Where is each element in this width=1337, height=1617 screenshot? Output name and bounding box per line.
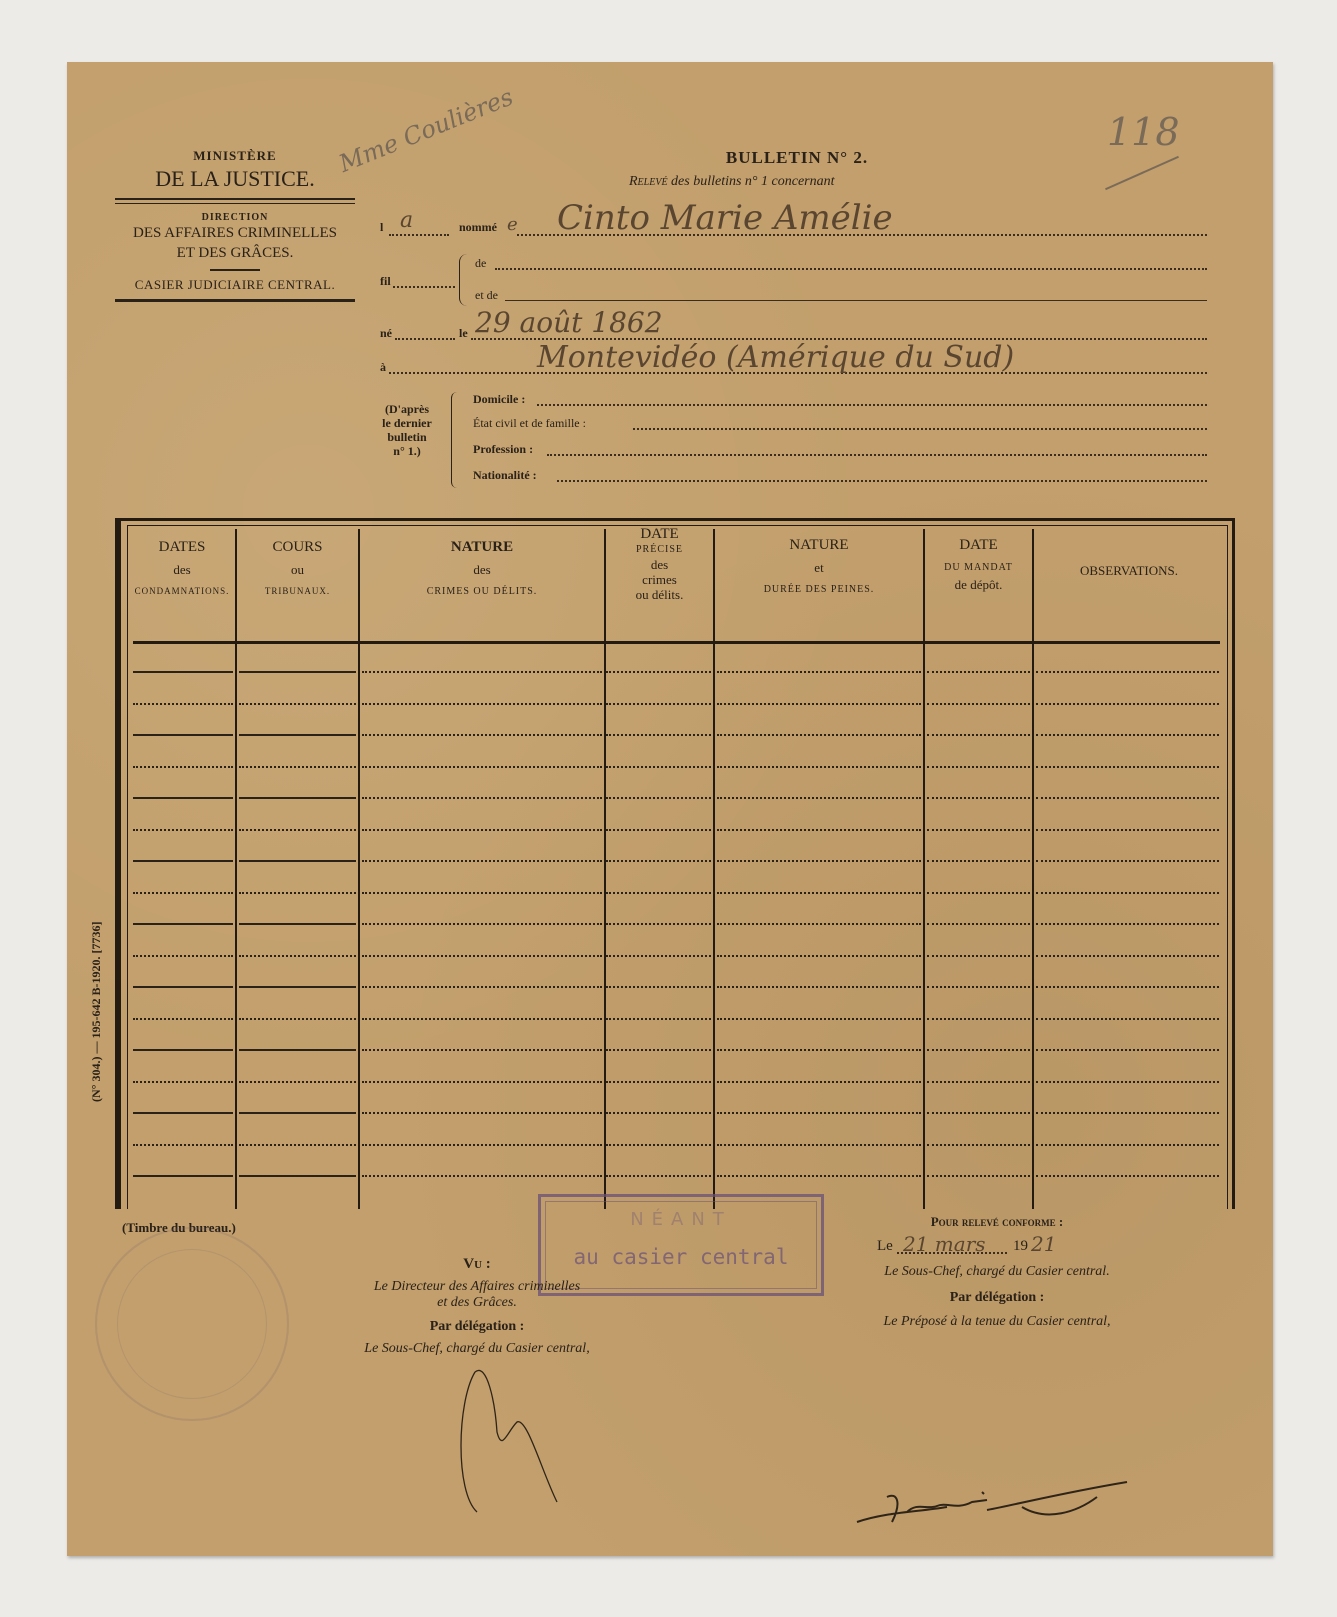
- table-row-line: [606, 1144, 711, 1146]
- table-row-line: [1036, 986, 1219, 988]
- name-value[interactable]: Cinto Marie Amélie: [557, 198, 893, 238]
- table-row-line: [606, 1081, 711, 1083]
- table-row-line: [362, 766, 602, 768]
- table-row-line: [717, 1112, 921, 1114]
- table-row-line: [362, 703, 602, 705]
- col-header-warrant-date: DATE DU MANDAT de dépôt.: [925, 537, 1032, 593]
- table-row-line: [362, 923, 602, 925]
- table-row-line: [362, 1144, 602, 1146]
- delegation-right: Par délégation :: [837, 1290, 1157, 1306]
- col-divider: [923, 529, 925, 1209]
- col-divider: [713, 529, 715, 1209]
- header-rule: [133, 641, 1220, 644]
- vu-label: Vu :: [317, 1256, 637, 1273]
- col-header-courts: COURS ou TRIBUNAUX.: [237, 539, 358, 596]
- table-row-line: [717, 1175, 921, 1177]
- table-row-line: [362, 892, 602, 894]
- table-row-line: [927, 671, 1030, 673]
- table-row-line: [239, 1112, 356, 1114]
- col-divider: [1032, 529, 1034, 1209]
- table-row-line: [239, 703, 356, 705]
- father-label: de: [475, 256, 486, 271]
- table-row-line: [239, 955, 356, 957]
- table-row-line: [133, 1049, 233, 1051]
- stamp-line1: NÉANT: [541, 1209, 821, 1230]
- table-row-line: [362, 1018, 602, 1020]
- table-row-line: [606, 734, 711, 736]
- table-row-line: [133, 1144, 233, 1146]
- table-row-line: [362, 734, 602, 736]
- table-row-line: [1036, 1081, 1219, 1083]
- table-row-line: [717, 860, 921, 862]
- table-row-line: [927, 829, 1030, 831]
- subchief-left: Le Sous-Chef, chargé du Casier central,: [317, 1341, 637, 1357]
- table-row-line: [606, 1049, 711, 1051]
- header-divider: [115, 198, 355, 204]
- date-day-month[interactable]: 21 mars: [903, 1232, 986, 1256]
- col-header-dates: DATES des CONDAMNATIONS.: [129, 539, 235, 596]
- table-row-line: [1036, 797, 1219, 799]
- table-row-line: [927, 1112, 1030, 1114]
- clerk-right: Le Préposé à la tenue du Casier central,: [837, 1314, 1157, 1330]
- table-row-line: [133, 703, 233, 705]
- table-row-line: [606, 955, 711, 957]
- nationality-label: Nationalité :: [473, 468, 537, 483]
- hdr-l4: crimes: [606, 572, 713, 587]
- table-row-line: [1036, 766, 1219, 768]
- table-row-line: [133, 1018, 233, 1020]
- service-name: CASIER JUDICIAIRE CENTRAL.: [115, 277, 355, 293]
- profession-line[interactable]: [547, 454, 1207, 456]
- last-bulletin-note: (D'après le dernier bulletin n° 1.): [375, 402, 439, 458]
- civil-status-label: État civil et de famille :: [473, 416, 586, 431]
- born-on-label: le: [459, 326, 468, 341]
- table-row-line: [717, 892, 921, 894]
- table-row-line: [362, 829, 602, 831]
- table-row-line: [927, 1081, 1030, 1083]
- pencil-annotation: Mme Coulières: [335, 83, 517, 178]
- table-row-line: [362, 1112, 602, 1114]
- table-row-line: [239, 734, 356, 736]
- hdr-l3: TRIBUNAUX.: [237, 586, 358, 596]
- table-row-line: [1036, 1175, 1219, 1177]
- document-sheet: Mme Coulières 118 MINISTÈRE DE LA JUSTIC…: [67, 62, 1273, 1556]
- col-divider: [235, 529, 237, 1209]
- table-row-line: [133, 671, 233, 673]
- article-line: [389, 234, 449, 236]
- table-row-line: [133, 1081, 233, 1083]
- table-row-line: [606, 986, 711, 988]
- article-prefix: l: [380, 220, 383, 235]
- father-line[interactable]: [495, 268, 1207, 270]
- table-row-line: [1036, 1018, 1219, 1020]
- table-row-line: [606, 1018, 711, 1020]
- table-row-line: [717, 1081, 921, 1083]
- hdr-l2: PRÉCISE: [606, 542, 713, 557]
- table-row-line: [717, 1049, 921, 1051]
- office-round-stamp: [95, 1227, 289, 1421]
- hdr-l3: de dépôt.: [925, 577, 1032, 593]
- table-row-line: [717, 955, 921, 957]
- table-row-line: [717, 1018, 921, 1020]
- domicile-label: Domicile :: [473, 392, 525, 407]
- table-row-line: [1036, 734, 1219, 736]
- table-row-line: [1036, 1144, 1219, 1146]
- hdr-l1: DATES: [129, 539, 235, 556]
- table-row-line: [717, 734, 921, 736]
- direction-line2: ET DES GRÂCES.: [115, 243, 355, 263]
- table-row-line: [239, 1049, 356, 1051]
- hdr-l1: DATE: [925, 537, 1032, 554]
- table-row-line: [133, 923, 233, 925]
- born-label: né: [380, 326, 392, 341]
- mother-label: et de: [475, 288, 498, 303]
- table-row-line: [717, 703, 921, 705]
- hdr-l2: des: [129, 562, 235, 578]
- mother-line[interactable]: [505, 300, 1207, 301]
- stamp-inner-ring: [117, 1249, 267, 1399]
- direction-label: DIRECTION: [115, 212, 355, 223]
- hdr-l3: CRIMES OU DÉLITS.: [360, 586, 604, 597]
- table-row-line: [927, 1018, 1030, 1020]
- table-inner-frame: [127, 525, 1228, 1209]
- table-row-line: [1036, 829, 1219, 831]
- vu-block: Vu : Le Directeur des Affaires criminell…: [317, 1256, 637, 1357]
- col-divider: [358, 529, 360, 1209]
- hdr-l1: NATURE: [360, 539, 604, 556]
- col-header-precise-date: DATE PRÉCISE des crimes ou délits.: [606, 527, 713, 602]
- subtitle-rest: des bulletins n° 1 concernant: [668, 174, 835, 189]
- certification-block: Pour relevé conforme : Le 21 mars 19 21 …: [837, 1214, 1157, 1330]
- table-row-line: [927, 986, 1030, 988]
- table-row-line: [362, 1081, 602, 1083]
- table-row-line: [717, 923, 921, 925]
- table-row-line: [239, 1175, 356, 1177]
- table-row-line: [133, 986, 233, 988]
- born-place-value[interactable]: Montevidéo (Amérique du Sud): [537, 340, 1014, 375]
- table-row-line: [927, 1175, 1030, 1177]
- table-row-line: [1036, 860, 1219, 862]
- table-row-line: [606, 923, 711, 925]
- table-row-line: [239, 797, 356, 799]
- table-row-line: [1036, 892, 1219, 894]
- table-row-line: [927, 923, 1030, 925]
- table-row-line: [606, 829, 711, 831]
- table-row-line: [362, 955, 602, 957]
- note-line3: bulletin: [375, 430, 439, 444]
- table-row-line: [606, 671, 711, 673]
- table-row-line: [927, 860, 1030, 862]
- table-row-line: [239, 1081, 356, 1083]
- table-row-line: [239, 986, 356, 988]
- table-row-line: [717, 797, 921, 799]
- civil-status-line[interactable]: [633, 428, 1207, 430]
- hdr-l5: ou délits.: [606, 587, 713, 602]
- hdr-l2: DU MANDAT: [925, 562, 1032, 573]
- table-row-line: [927, 1049, 1030, 1051]
- nationality-line[interactable]: [557, 480, 1207, 482]
- filiation-label: fil: [380, 274, 391, 289]
- filiation-line: [393, 286, 455, 288]
- table-row-line: [606, 797, 711, 799]
- table-row-line: [927, 892, 1030, 894]
- table-row-line: [717, 671, 921, 673]
- table-row-line: [606, 892, 711, 894]
- col-header-nature-penalties: NATURE et DURÉE DES PEINES.: [715, 537, 923, 595]
- table-row-line: [239, 1144, 356, 1146]
- table-row-line: [927, 766, 1030, 768]
- hdr-l1: DATE: [606, 527, 713, 542]
- hdr-l3: des: [606, 557, 713, 572]
- table-row-line: [239, 671, 356, 673]
- table-row-line: [717, 986, 921, 988]
- table-row-line: [239, 766, 356, 768]
- table-row-line: [133, 829, 233, 831]
- table-row-line: [1036, 923, 1219, 925]
- table-row-line: [1036, 955, 1219, 957]
- hdr-l1: COURS: [237, 539, 358, 556]
- table-row-line: [133, 766, 233, 768]
- delegation-left: Par délégation :: [317, 1319, 637, 1335]
- info-brace: [451, 392, 458, 488]
- name-label: nommé: [459, 220, 497, 235]
- table-row-line: [362, 797, 602, 799]
- table-row-line: [606, 860, 711, 862]
- hdr-l1: NATURE: [715, 537, 923, 554]
- table-row-line: [239, 923, 356, 925]
- table-row-line: [606, 766, 711, 768]
- subtitle-prefix: Relevé: [629, 174, 668, 189]
- note-line2: le dernier: [375, 416, 439, 430]
- table-row-line: [133, 734, 233, 736]
- page-number-handwritten: 118: [1107, 110, 1180, 154]
- note-line4: n° 1.): [375, 444, 439, 458]
- table-row-line: [606, 1112, 711, 1114]
- side-print: (N° 304.) — 195-642 B-1920. [7736]: [89, 922, 104, 1102]
- subchief-right: Le Sous-Chef, chargé du Casier central.: [837, 1264, 1157, 1280]
- table-row-line: [1036, 1112, 1219, 1114]
- table-row-line: [239, 892, 356, 894]
- table-row-line: [927, 797, 1030, 799]
- table-row-line: [1036, 1049, 1219, 1051]
- table-row-line: [717, 1144, 921, 1146]
- bulletin-title: BULLETIN N° 2.: [647, 148, 947, 168]
- table-row-line: [133, 860, 233, 862]
- table-row-line: [606, 703, 711, 705]
- table-row-line: [133, 955, 233, 957]
- domicile-line[interactable]: [537, 404, 1207, 406]
- table-row-line: [133, 1112, 233, 1114]
- hdr-l3: DURÉE DES PEINES.: [715, 584, 923, 595]
- hdr-l2: ou: [237, 562, 358, 578]
- col-divider: [604, 529, 606, 1209]
- director-line2: et des Grâces.: [317, 1295, 637, 1311]
- table-row-line: [1036, 703, 1219, 705]
- service-underline: [115, 299, 355, 302]
- table-row-line: [717, 829, 921, 831]
- table-row-line: [927, 1144, 1030, 1146]
- hdr-l2: et: [715, 560, 923, 576]
- ministry-line1: MINISTÈRE: [115, 148, 355, 164]
- note-line1: (D'après: [375, 402, 439, 416]
- table-row-line: [362, 986, 602, 988]
- born-line: [395, 338, 455, 340]
- article-handwritten[interactable]: a: [400, 208, 413, 233]
- table-row-line: [362, 1175, 602, 1177]
- table-row-line: [239, 829, 356, 831]
- certified-label: Pour relevé conforme :: [837, 1214, 1157, 1230]
- table-row-line: [239, 860, 356, 862]
- direction-line1: DES AFFAIRES CRIMINELLES: [115, 223, 355, 243]
- table-row-line: [1036, 671, 1219, 673]
- hdr-l2: des: [360, 562, 604, 578]
- signature-right: [847, 1472, 1167, 1542]
- born-date-value[interactable]: 29 août 1862: [475, 306, 663, 339]
- signature-left: [447, 1362, 607, 1562]
- table-row-line: [927, 955, 1030, 957]
- table-row-line: [606, 1175, 711, 1177]
- table-row-line: [927, 734, 1030, 736]
- table-row-line: [717, 766, 921, 768]
- table-row-line: [133, 1175, 233, 1177]
- certification-date: Le 21 mars 19 21: [837, 1236, 1157, 1258]
- table-row-line: [362, 671, 602, 673]
- short-divider: [210, 269, 260, 271]
- table-row-line: [927, 703, 1030, 705]
- director-line1: Le Directeur des Affaires criminelles: [317, 1279, 637, 1295]
- convictions-table: DATES des CONDAMNATIONS. COURS ou TRIBUN…: [115, 518, 1235, 1209]
- profession-label: Profession :: [473, 442, 533, 457]
- born-at-label: à: [380, 360, 386, 375]
- table-row-line: [133, 797, 233, 799]
- bulletin-subtitle: Relevé des bulletins n° 1 concernant: [629, 174, 835, 190]
- hdr-l1: OBSERVATIONS.: [1034, 563, 1224, 579]
- hdr-l3: CONDAMNATIONS.: [129, 586, 235, 596]
- name-suffix: e: [507, 214, 518, 235]
- col-header-nature-crimes: NATURE des CRIMES OU DÉLITS.: [360, 539, 604, 597]
- date-prefix: Le: [877, 1238, 893, 1255]
- ministry-header: MINISTÈRE DE LA JUSTICE. DIRECTION DES A…: [115, 148, 355, 302]
- table-row-line: [133, 892, 233, 894]
- date-year-prefix: 19: [1013, 1238, 1028, 1255]
- table-row-line: [239, 1018, 356, 1020]
- table-row-line: [362, 1049, 602, 1051]
- filiation-brace: [459, 254, 468, 306]
- table-row-line: [362, 860, 602, 862]
- date-year-suffix[interactable]: 21: [1031, 1232, 1056, 1256]
- ministry-line2: DE LA JUSTICE.: [115, 166, 355, 192]
- col-header-observations: OBSERVATIONS.: [1034, 563, 1224, 579]
- page-number-underline: [1105, 156, 1179, 190]
